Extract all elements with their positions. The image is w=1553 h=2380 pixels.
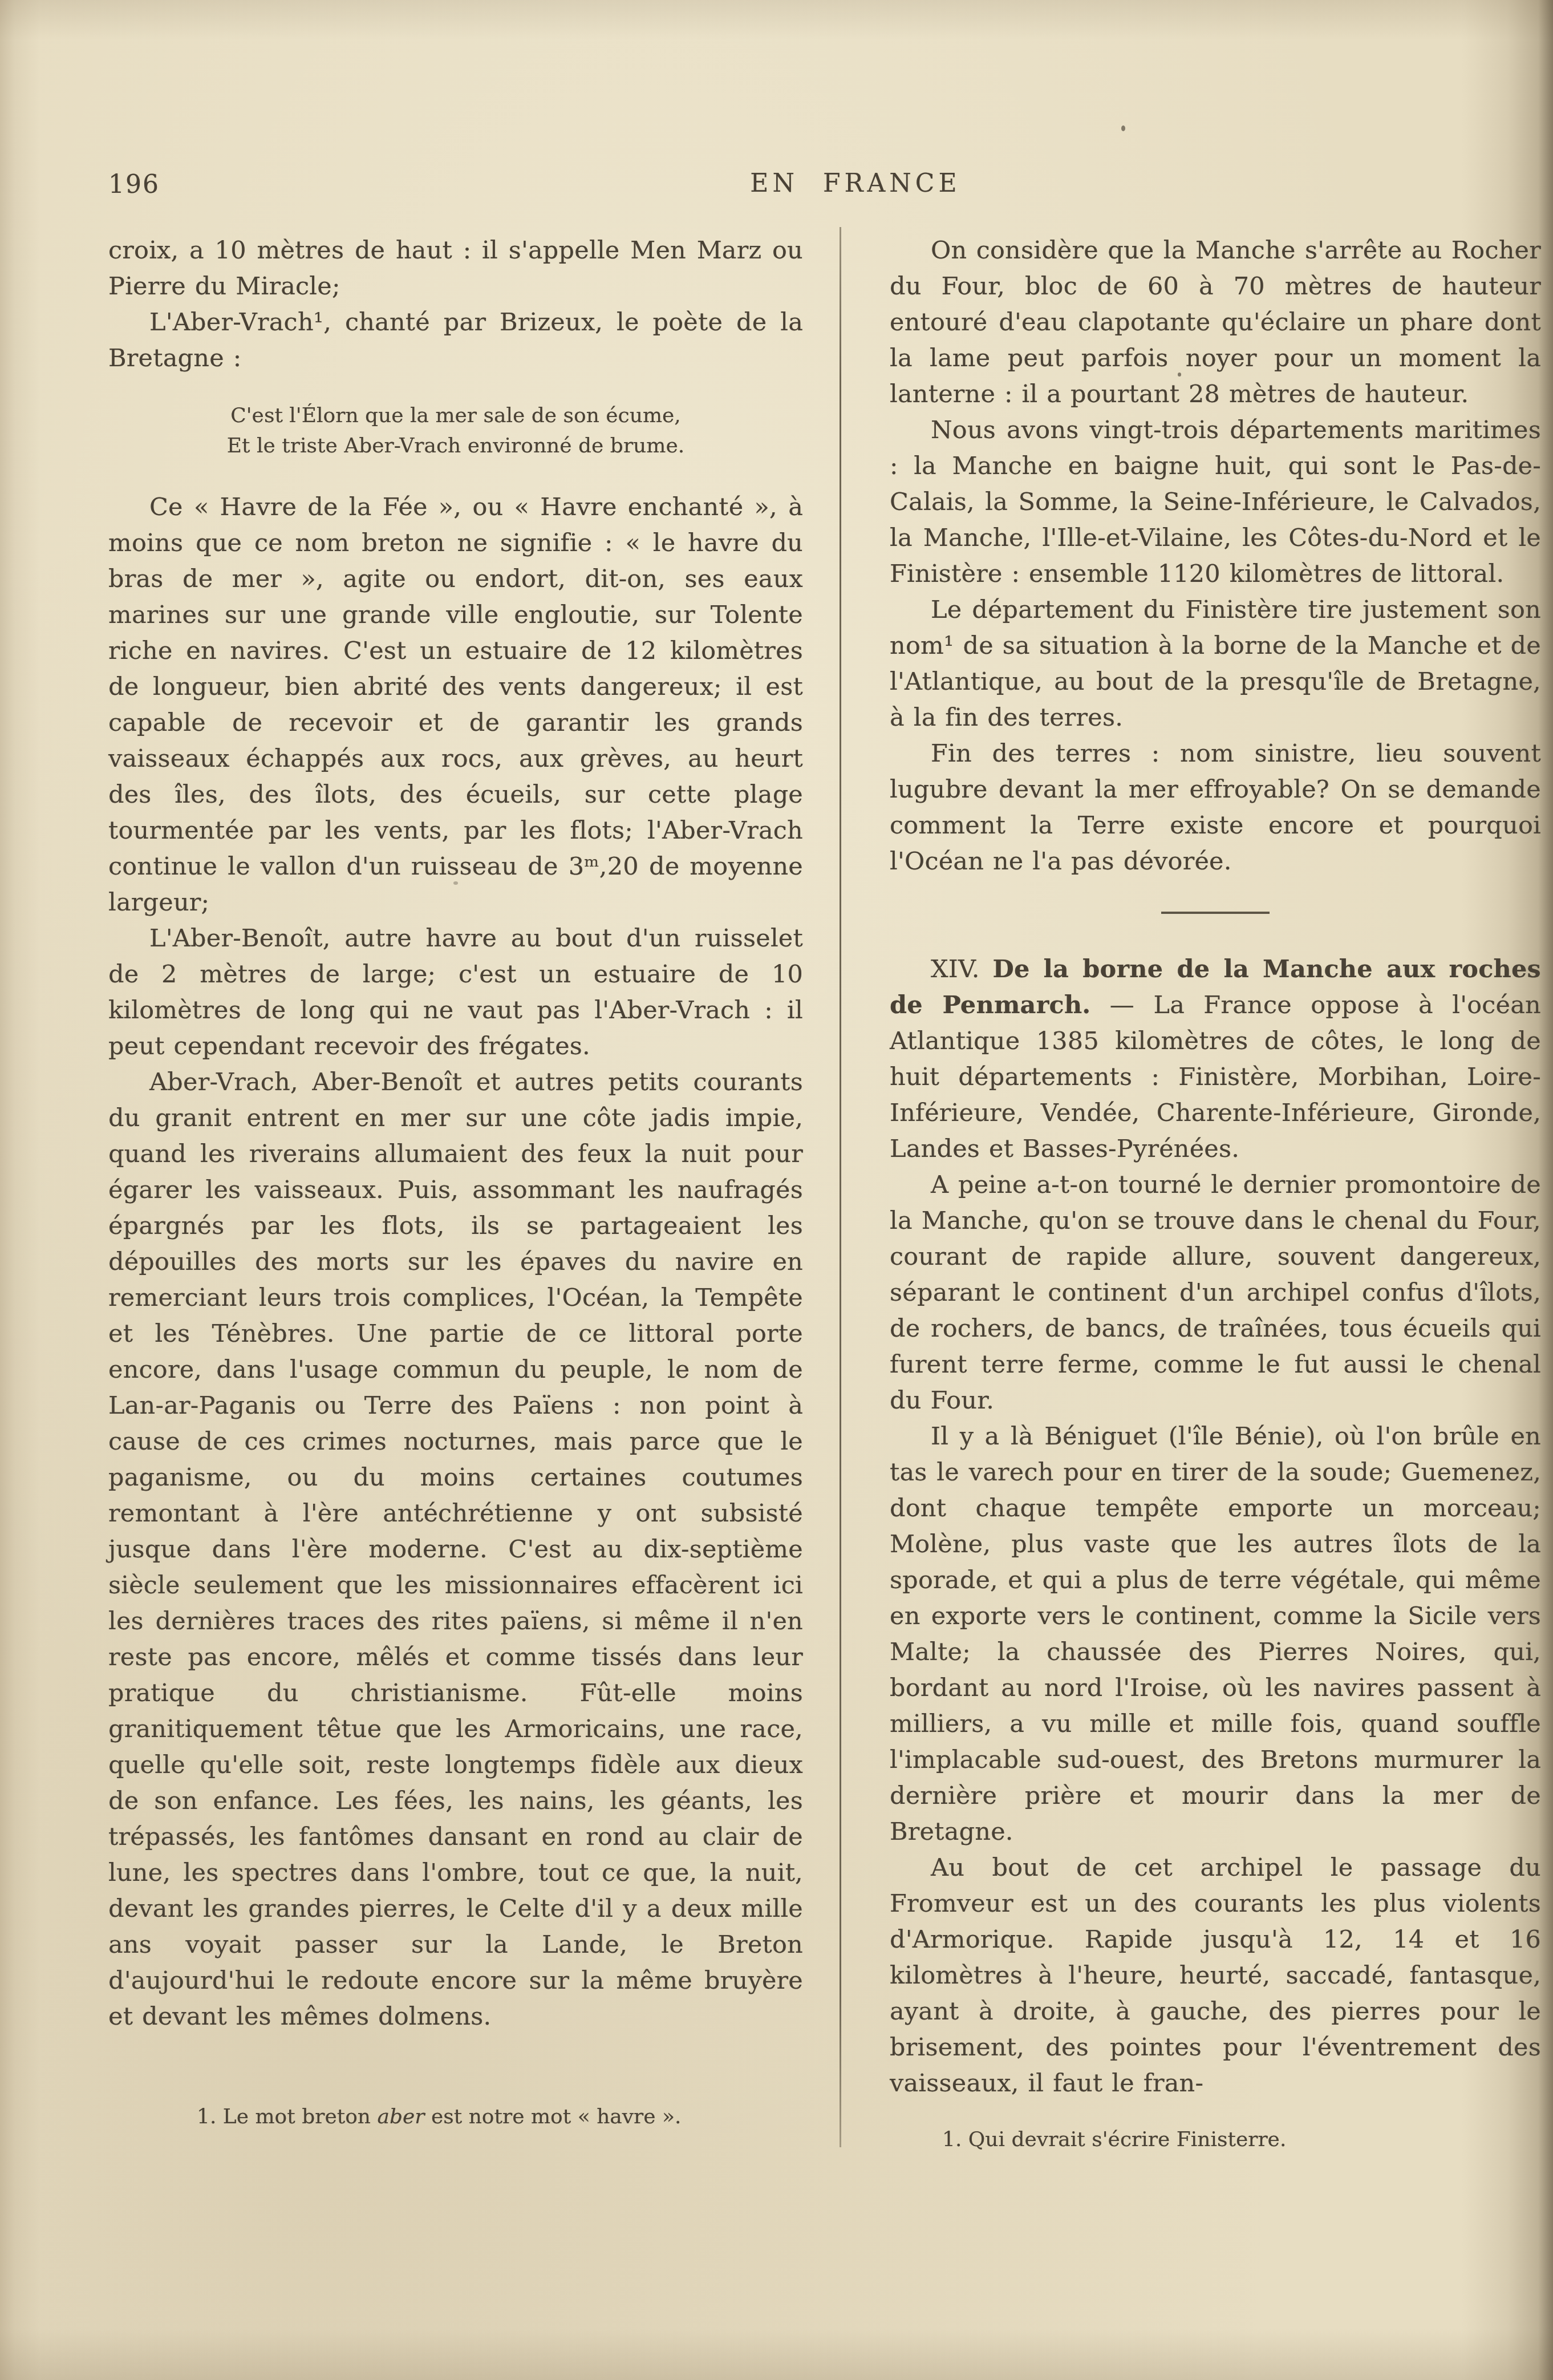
- paragraph: L'Aber-Vrach¹, chanté par Brizeux, le po…: [108, 305, 803, 377]
- paragraph: Nous avons vingt-trois départements mari…: [890, 412, 1541, 592]
- paragraph: Il y a là Béniguet (l'île Bénie), où l'o…: [890, 1419, 1541, 1850]
- left-column: croix, a 10 mètres de haut : il s'appell…: [108, 233, 803, 2035]
- paragraph: A peine a-t-on tourné le dernier promont…: [890, 1167, 1541, 1419]
- running-title: EN FRANCE: [724, 169, 987, 198]
- book-page-scan: 196 EN FRANCE croix, a 10 mètres de haut…: [0, 0, 1553, 2380]
- right-column: On considère que la Manche s'arrête au R…: [890, 233, 1541, 2102]
- verse-block: C'est l'Élorn que la mer sale de son écu…: [108, 400, 803, 461]
- column-divider: [840, 227, 841, 2147]
- scan-speck: [453, 881, 458, 885]
- paragraph: Au bout de cet archipel le passage du Fr…: [890, 1850, 1541, 2102]
- section-number: XIV.: [931, 955, 992, 983]
- verse-line: C'est l'Élorn que la mer sale de son écu…: [108, 400, 803, 431]
- footnote-text: est notre mot « havre ».: [425, 2105, 682, 2128]
- page-number: 196: [108, 170, 160, 199]
- footnote-left: 1. Le mot breton aber est notre mot « ha…: [197, 2103, 682, 2131]
- paragraph: Le département du Finistère tire justeme…: [890, 592, 1541, 736]
- section-separator-rule: [1161, 912, 1270, 914]
- footnote-italic-word: aber: [378, 2105, 425, 2128]
- section-paragraph: XIV. De la borne de la Manche aux roches…: [890, 952, 1541, 1167]
- footnote-right: 1. Qui devrait s'écrire Finisterre.: [942, 2126, 1286, 2154]
- scan-speck: [1121, 126, 1125, 131]
- scan-speck: [1178, 373, 1181, 377]
- paragraph: croix, a 10 mètres de haut : il s'appell…: [108, 233, 803, 305]
- paragraph: Aber-Vrach, Aber-Benoît et autres petits…: [108, 1064, 803, 2035]
- paragraph: L'Aber-Benoît, autre havre au bout d'un …: [108, 921, 803, 1064]
- paragraph: Fin des terres : nom sinistre, lieu souv…: [890, 736, 1541, 880]
- paragraph: Ce « Havre de la Fée », ou « Havre encha…: [108, 489, 803, 921]
- verse-line: Et le triste Aber-Vrach environné de bru…: [108, 431, 803, 461]
- paragraph: On considère que la Manche s'arrête au R…: [890, 233, 1541, 412]
- footnote-text: 1. Le mot breton: [197, 2105, 378, 2128]
